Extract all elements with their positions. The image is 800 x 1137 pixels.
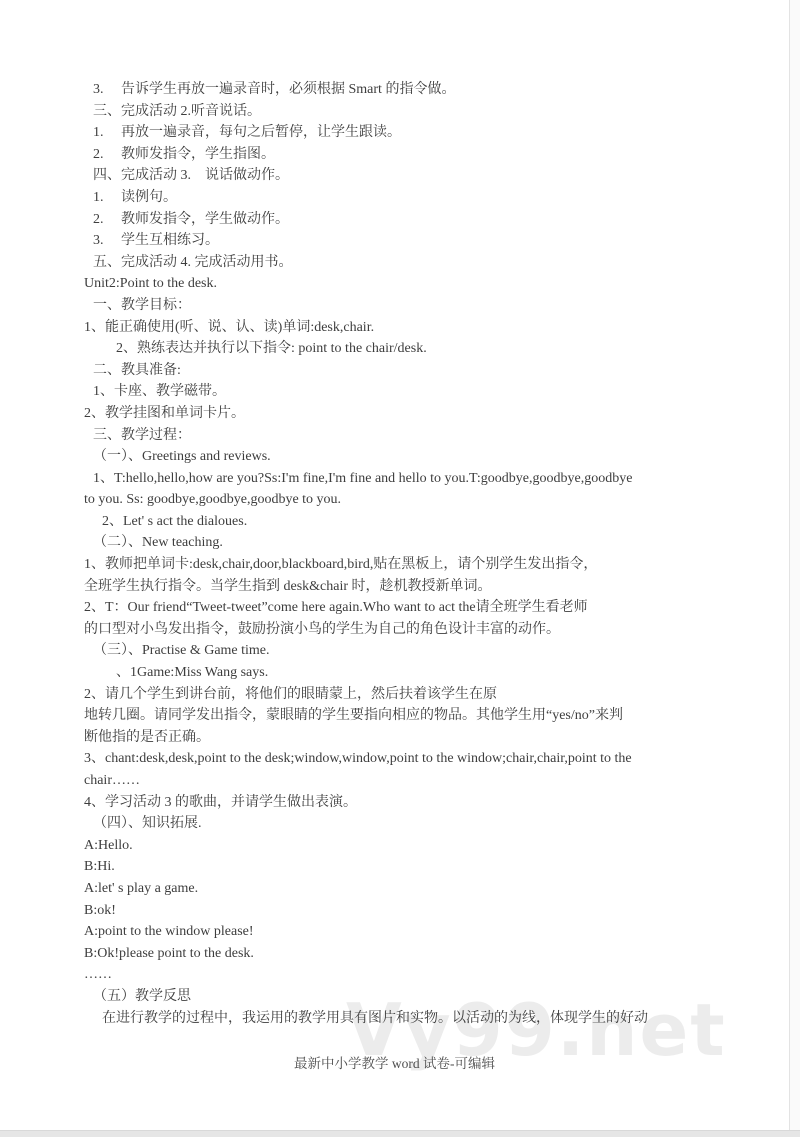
document-line: （二）、New teaching. [80,532,749,554]
document-line: 1. 再放一遍录音，每句之后暂停，让学生跟读。 [80,122,749,144]
document-line: 二、教具准备: [80,360,749,382]
document-line: （四）、知识拓展. [80,813,749,835]
document-line: to you. Ss: goodbye,goodbye,goodbye to y… [80,489,749,511]
page-footer: 最新中小学教学 word 试卷-可编辑 [0,1052,789,1072]
document-line: 全班学生执行指令。当学生指到 desk&chair 时，趁机教授新单词。 [80,576,749,598]
document-line: 、1Game:Miss Wang says. [80,662,749,684]
document-line: …… [80,964,749,986]
document-line: 1. 读例句。 [80,187,749,209]
document-line: 一、教学目标： [80,295,749,317]
document-line: 的口型对小鸟发出指令，鼓励扮演小鸟的学生为自己的角色设计丰富的动作。 [80,619,749,641]
document-line: 四、完成活动 3. 说话做动作。 [80,165,749,187]
document-line: 2、请几个学生到讲台前，将他们的眼睛蒙上，然后扶着该学生在原 [80,684,749,706]
document-line: A:let' s play a game. [80,878,749,900]
document-line: 1、能正确使用(听、说、认、读)单词:desk,chair. [80,317,749,339]
document-line: 三、完成活动 2.听音说话。 [80,101,749,123]
document-line: B:Ok!please point to the desk. [80,943,749,965]
document-line: B:Hi. [80,856,749,878]
document-viewport: Vy99.net 3. 告诉学生再放一遍录音时，必须根据 Smart 的指令做。… [0,0,800,1137]
document-line: 三、教学过程： [80,425,749,447]
document-line: Unit2:Point to the desk. [80,273,749,295]
document-line: 3. 告诉学生再放一遍录音时，必须根据 Smart 的指令做。 [80,79,749,101]
document-line: A:point to the window please! [80,921,749,943]
document-line: B:ok! [80,900,749,922]
document-line: 2、T：Our friend“Tweet-tweet”come here aga… [80,597,749,619]
document-line: 1、T:hello,hello,how are you?Ss:I'm fine,… [80,468,749,490]
document-line: 在进行教学的过程中，我运用的教学用具有图片和实物。以活动的为线，体现学生的好动 [80,1008,749,1030]
document-line: （五）教学反思 [80,986,749,1008]
document-page: Vy99.net 3. 告诉学生再放一遍录音时，必须根据 Smart 的指令做。… [0,0,790,1130]
document-line: 1、卡座、教学磁带。 [80,381,749,403]
document-line: 1、教师把单词卡:desk,chair,door,blackboard,bird… [80,554,749,576]
document-line: 3. 学生互相练习。 [80,230,749,252]
document-line: （三）、Practise & Game time. [80,640,749,662]
document-line: A:Hello. [80,835,749,857]
document-line: 2. 教师发指令，学生做动作。 [80,209,749,231]
document-line: 2、教学挂图和单词卡片。 [80,403,749,425]
document-line: （一）、Greetings and reviews. [80,446,749,468]
document-line: chair…… [80,770,749,792]
document-line: 4、学习活动 3 的歌曲，并请学生做出表演。 [80,792,749,814]
document-body: 3. 告诉学生再放一遍录音时，必须根据 Smart 的指令做。三、完成活动 2.… [0,0,789,1029]
document-line: 2、Let' s act the dialoues. [80,511,749,533]
document-line: 2. 教师发指令，学生指图。 [80,144,749,166]
page-gap [0,1130,800,1137]
document-line: 五、完成活动 4. 完成活动用书。 [80,252,749,274]
document-line: 地转几圈。请同学发出指令，蒙眼睛的学生要指向相应的物品。其他学生用“yes/no… [80,705,749,727]
document-line: 3、chant:desk,desk,point to the desk;wind… [80,748,749,770]
document-line: 断他指的是否正确。 [80,727,749,749]
document-line: 2、熟练表达并执行以下指令: point to the chair/desk. [80,338,749,360]
